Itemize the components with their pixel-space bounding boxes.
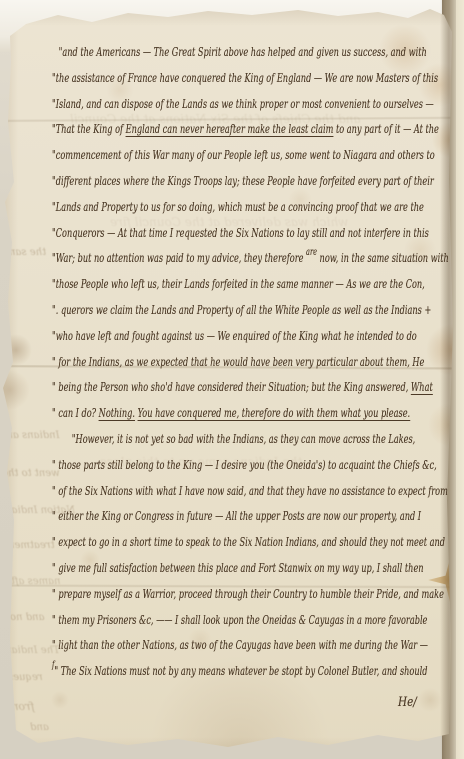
show-through-text: and not	[6, 612, 44, 623]
line-segment: " either the King or Congress in future …	[52, 508, 421, 523]
line-segment: " being the Person who sho'd have consid…	[52, 379, 411, 394]
line-segment: "commencement of this War many of our Pe…	[52, 147, 435, 162]
line-segment: "Conquerors — At that time I requested t…	[52, 225, 429, 240]
line-segment: ". querors we claim the Lands and Proper…	[52, 302, 431, 317]
manuscript-line: "those People who left us, their Lands f…	[52, 276, 323, 302]
manuscript-line: " prepare myself as a Warrior, proceed t…	[52, 586, 323, 612]
line-segment: "War; but no attention was paid to my ad…	[52, 250, 306, 265]
show-through-text: and	[30, 722, 49, 733]
manuscript-line: "Lands and Property to us for so doing, …	[52, 199, 323, 225]
manuscript-line: "who have left and fought against us — W…	[52, 328, 323, 354]
manuscript-line: "Island, and can dispose of the Lands as…	[52, 96, 323, 122]
line-segment: "who have left and fought against us — W…	[52, 328, 417, 343]
line-segment: to any part of it — At the	[333, 121, 439, 136]
line-segment: "those People who left us, their Lands f…	[52, 276, 425, 291]
manuscript-line: "different places where the Kings Troops…	[52, 173, 323, 199]
line-segment: "the assistance of France have conquered…	[52, 70, 438, 85]
line-segment: "Island, and can dispose of the Lands as…	[52, 96, 434, 111]
show-through-text: treatment	[4, 540, 55, 551]
manuscript-photo: "and the Americans — The Great Spirit ab…	[0, 0, 464, 759]
underlined-text: Nothing.	[99, 405, 135, 420]
line-segment: " light than the other Nations, as two o…	[52, 637, 428, 652]
show-through-text: the same	[0, 247, 46, 258]
catchword: He/	[398, 695, 417, 710]
manuscript-line: " expect to go in a short time to speak …	[52, 534, 323, 560]
manuscript-line: " those parts still belong to the King —…	[52, 457, 323, 483]
line-segment: " of the Six Nations with what I have no…	[52, 483, 448, 498]
line-segment: "different places where the Kings Troops…	[52, 173, 434, 188]
manuscript-text: "and the Americans — The Great Spirit ab…	[52, 44, 462, 689]
manuscript-line: "the assistance of France have conquered…	[52, 70, 323, 96]
manuscript-line: ". querors we claim the Lands and Proper…	[52, 302, 323, 328]
manuscript-line: "commencement of this War many of our Pe…	[52, 147, 323, 173]
show-through-text: The Indians	[0, 645, 60, 656]
superscript-insertion: f	[52, 660, 54, 671]
line-segment: now, in the same situation with	[317, 250, 449, 265]
underlined-text: What	[411, 379, 433, 394]
line-segment: " them my Prisoners &c, —— I shall look …	[52, 612, 427, 627]
underlined-text: England can never hereafter make the lea…	[126, 121, 334, 136]
line-segment: "Lands and Property to us for so doing, …	[52, 199, 424, 214]
line-segment: "and the Americans — The Great Spirit ab…	[59, 44, 427, 59]
manuscript-line: " either the King or Congress in future …	[52, 508, 323, 534]
line-segment: " those parts still belong to the King —…	[52, 457, 437, 472]
manuscript-line: " being the Person who sho'd have consid…	[52, 379, 323, 405]
line-segment: "However, it is not yet so bad with the …	[72, 431, 415, 446]
manuscript-line: " for the Indians, as we expected that h…	[52, 354, 323, 380]
manuscript-line: " light than the other Nations, as two o…	[52, 637, 323, 663]
line-segment: " for the Indians, as we expected that h…	[52, 354, 424, 369]
manuscript-line: "and the Americans — The Great Spirit ab…	[52, 44, 323, 70]
show-through-text: from	[8, 700, 34, 713]
manuscript-line: "War; but no attention was paid to my ad…	[52, 250, 323, 276]
show-through-text: Indians and	[0, 430, 60, 441]
line-segment: " can I do?	[52, 405, 99, 420]
manuscript-line: " them my Prisoners &c, —— I shall look …	[52, 612, 323, 638]
line-segment: " The Six Nations must not by any means …	[54, 663, 427, 678]
manuscript-line: " of the Six Nations with what I have no…	[52, 483, 323, 509]
manuscript-page: "and the Americans — The Great Spirit ab…	[0, 0, 464, 759]
manuscript-line: f" The Six Nations must not by any means…	[52, 663, 323, 689]
manuscript-line: "That the King of England can never here…	[52, 121, 323, 147]
underlined-text: You have conquered me, therefore do with…	[138, 405, 411, 420]
show-through-text: request	[4, 672, 43, 683]
manuscript-line: "Conquerors — At that time I requested t…	[52, 225, 323, 251]
superscript-insertion: are	[306, 247, 317, 258]
line-segment: " expect to go in a short time to speak …	[52, 534, 445, 549]
manuscript-line: " give me full satisfaction between this…	[52, 560, 323, 586]
manuscript-line: " can I do? Nothing. You have conquered …	[52, 405, 323, 431]
line-segment: " prepare myself as a Warrior, proceed t…	[52, 586, 444, 601]
line-segment: " give me full satisfaction between this…	[52, 560, 424, 575]
manuscript-line: "However, it is not yet so bad with the …	[52, 431, 323, 457]
line-segment: "That the King of	[52, 121, 126, 136]
